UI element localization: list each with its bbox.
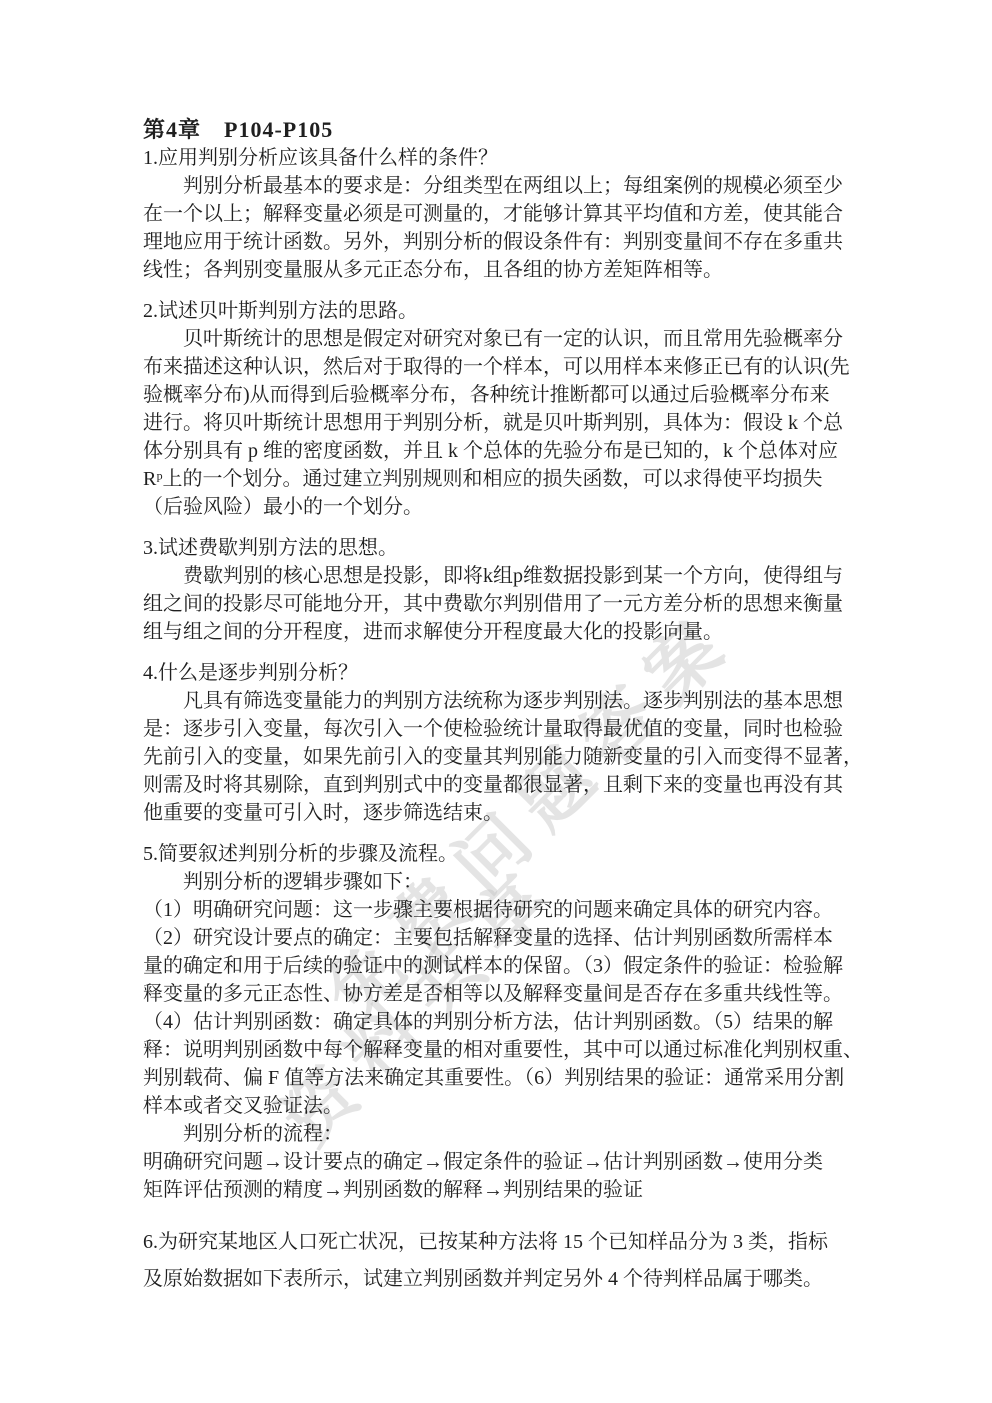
answer-line: 样本或者交叉验证法。 (143, 1092, 859, 1120)
qa-section: 6.为研究某地区人口死亡状况，已按某种方法将 15 个已知样品分为 3 类，指标… (143, 1224, 859, 1298)
document-page: 免费问题答案 资料共享 第4章 P104-P105 1.应用判别分析应该具备什么… (0, 0, 992, 1403)
answer-line: 线性；各判别变量服从多元正态分布，且各组的协方差矩阵相等。 (143, 256, 859, 284)
answer-line: 布来描述这种认识，然后对于取得的一个样本，可以用样本来修正已有的认识(先 (143, 353, 859, 381)
answer-line: 贝叶斯统计的思想是假定对研究对象已有一定的认识，而且常用先验概率分 (143, 325, 859, 353)
answer-line: 及原始数据如下表所示，试建立判别函数并判定另外 4 个待判样品属于哪类。 (143, 1261, 859, 1298)
answer-line: Rᵖ上的一个划分。通过建立判别规则和相应的损失函数，可以求得使平均损失 (143, 465, 859, 493)
question-text: 6.为研究某地区人口死亡状况，已按某种方法将 15 个已知样品分为 3 类，指标 (143, 1224, 859, 1261)
answer-line: 判别载荷、偏 F 值等方法来确定其重要性。（6）判别结果的验证：通常采用分割 (143, 1064, 859, 1092)
answer-line: 判别分析的流程： (143, 1120, 859, 1148)
answer-line: 明确研究问题→设计要点的确定→假定条件的验证→估计判别函数→使用分类 (143, 1148, 859, 1176)
document-body: 第4章 P104-P105 1.应用判别分析应该具备什么样的条件？ 判别分析最基… (143, 116, 859, 1298)
answer-line: 凡具有筛选变量能力的判别方法统称为逐步判别法。逐步判别法的基本思想 (143, 687, 859, 715)
answer-line: 矩阵评估预测的精度→判别函数的解释→判别结果的验证 (143, 1176, 859, 1204)
question-text: 4.什么是逐步判别分析？ (143, 659, 859, 687)
answer-line: 理地应用于统计函数。另外，判别分析的假设条件有：判别变量间不存在多重共 (143, 228, 859, 256)
question-text: 2.试述贝叶斯判别方法的思路。 (143, 297, 859, 325)
answer-line: 他重要的变量可引入时，逐步筛选结束。 (143, 799, 859, 827)
answer-line: 判别分析最基本的要求是：分组类型在两组以上；每组案例的规模必须至少 (143, 172, 859, 200)
answer-line: （2）研究设计要点的确定：主要包括解释变量的选择、估计判别函数所需样本 (143, 924, 859, 952)
answer-line: 进行。将贝叶斯统计思想用于判别分析，就是贝叶斯判别，具体为：假设 k 个总 (143, 409, 859, 437)
answer-line: 在一个以上；解释变量必须是可测量的，才能够计算其平均值和方差，使其能合 (143, 200, 859, 228)
answer-line: 验概率分布)从而得到后验概率分布，各种统计推断都可以通过后验概率分布来 (143, 381, 859, 409)
answer-line: （4）估计判别函数：确定具体的判别分析方法，估计判别函数。（5）结果的解 (143, 1008, 859, 1036)
qa-section: 3.试述费歇判别方法的思想。 费歇判别的核心思想是投影，即将k组p维数据投影到某… (143, 534, 859, 646)
question-text: 3.试述费歇判别方法的思想。 (143, 534, 859, 562)
answer-line: 先前引入的变量，如果先前引入的变量其判别能力随新变量的引入而变得不显著， (143, 743, 859, 771)
answer-line: 释：说明判别函数中每个解释变量的相对重要性，其中可以通过标准化判别权重、 (143, 1036, 859, 1064)
answer-line: 释变量的多元正态性、协方差是否相等以及解释变量间是否存在多重共线性等。 (143, 980, 859, 1008)
answer-line: 组之间的投影尽可能地分开，其中费歇尔判别借用了一元方差分析的思想来衡量 (143, 590, 859, 618)
qa-section: 5.简要叙述判别分析的步骤及流程。 判别分析的逻辑步骤如下：（1）明确研究问题：… (143, 840, 859, 1204)
qa-section: 1.应用判别分析应该具备什么样的条件？ 判别分析最基本的要求是：分组类型在两组以… (143, 144, 859, 284)
answer-line: 则需及时将其剔除，直到判别式中的变量都很显著，且剩下来的变量也再没有其 (143, 771, 859, 799)
answer-line: 费歇判别的核心思想是投影，即将k组p维数据投影到某一个方向，使得组与 (143, 562, 859, 590)
answer-line: （1）明确研究问题：这一步骤主要根据待研究的问题来确定具体的研究内容。 (143, 896, 859, 924)
question-text: 1.应用判别分析应该具备什么样的条件？ (143, 144, 859, 172)
answer-line: 体分别具有 p 维的密度函数，并且 k 个总体的先验分布是已知的，k 个总体对应 (143, 437, 859, 465)
answer-line: 是：逐步引入变量，每次引入一个使检验统计量取得最优值的变量，同时也检验 (143, 715, 859, 743)
sections: 1.应用判别分析应该具备什么样的条件？ 判别分析最基本的要求是：分组类型在两组以… (143, 144, 859, 1298)
question-text: 5.简要叙述判别分析的步骤及流程。 (143, 840, 859, 868)
chapter-heading: 第4章 P104-P105 (143, 116, 859, 144)
qa-section: 4.什么是逐步判别分析？ 凡具有筛选变量能力的判别方法统称为逐步判别法。逐步判别… (143, 659, 859, 827)
answer-line: 量的确定和用于后续的验证中的测试样本的保留。（3）假定条件的验证：检验解 (143, 952, 859, 980)
qa-section: 2.试述贝叶斯判别方法的思路。 贝叶斯统计的思想是假定对研究对象已有一定的认识，… (143, 297, 859, 521)
answer-line: 组与组之间的分开程度，进而求解使分开程度最大化的投影向量。 (143, 618, 859, 646)
answer-line: （后验风险）最小的一个划分。 (143, 493, 859, 521)
answer-line: 判别分析的逻辑步骤如下： (143, 868, 859, 896)
